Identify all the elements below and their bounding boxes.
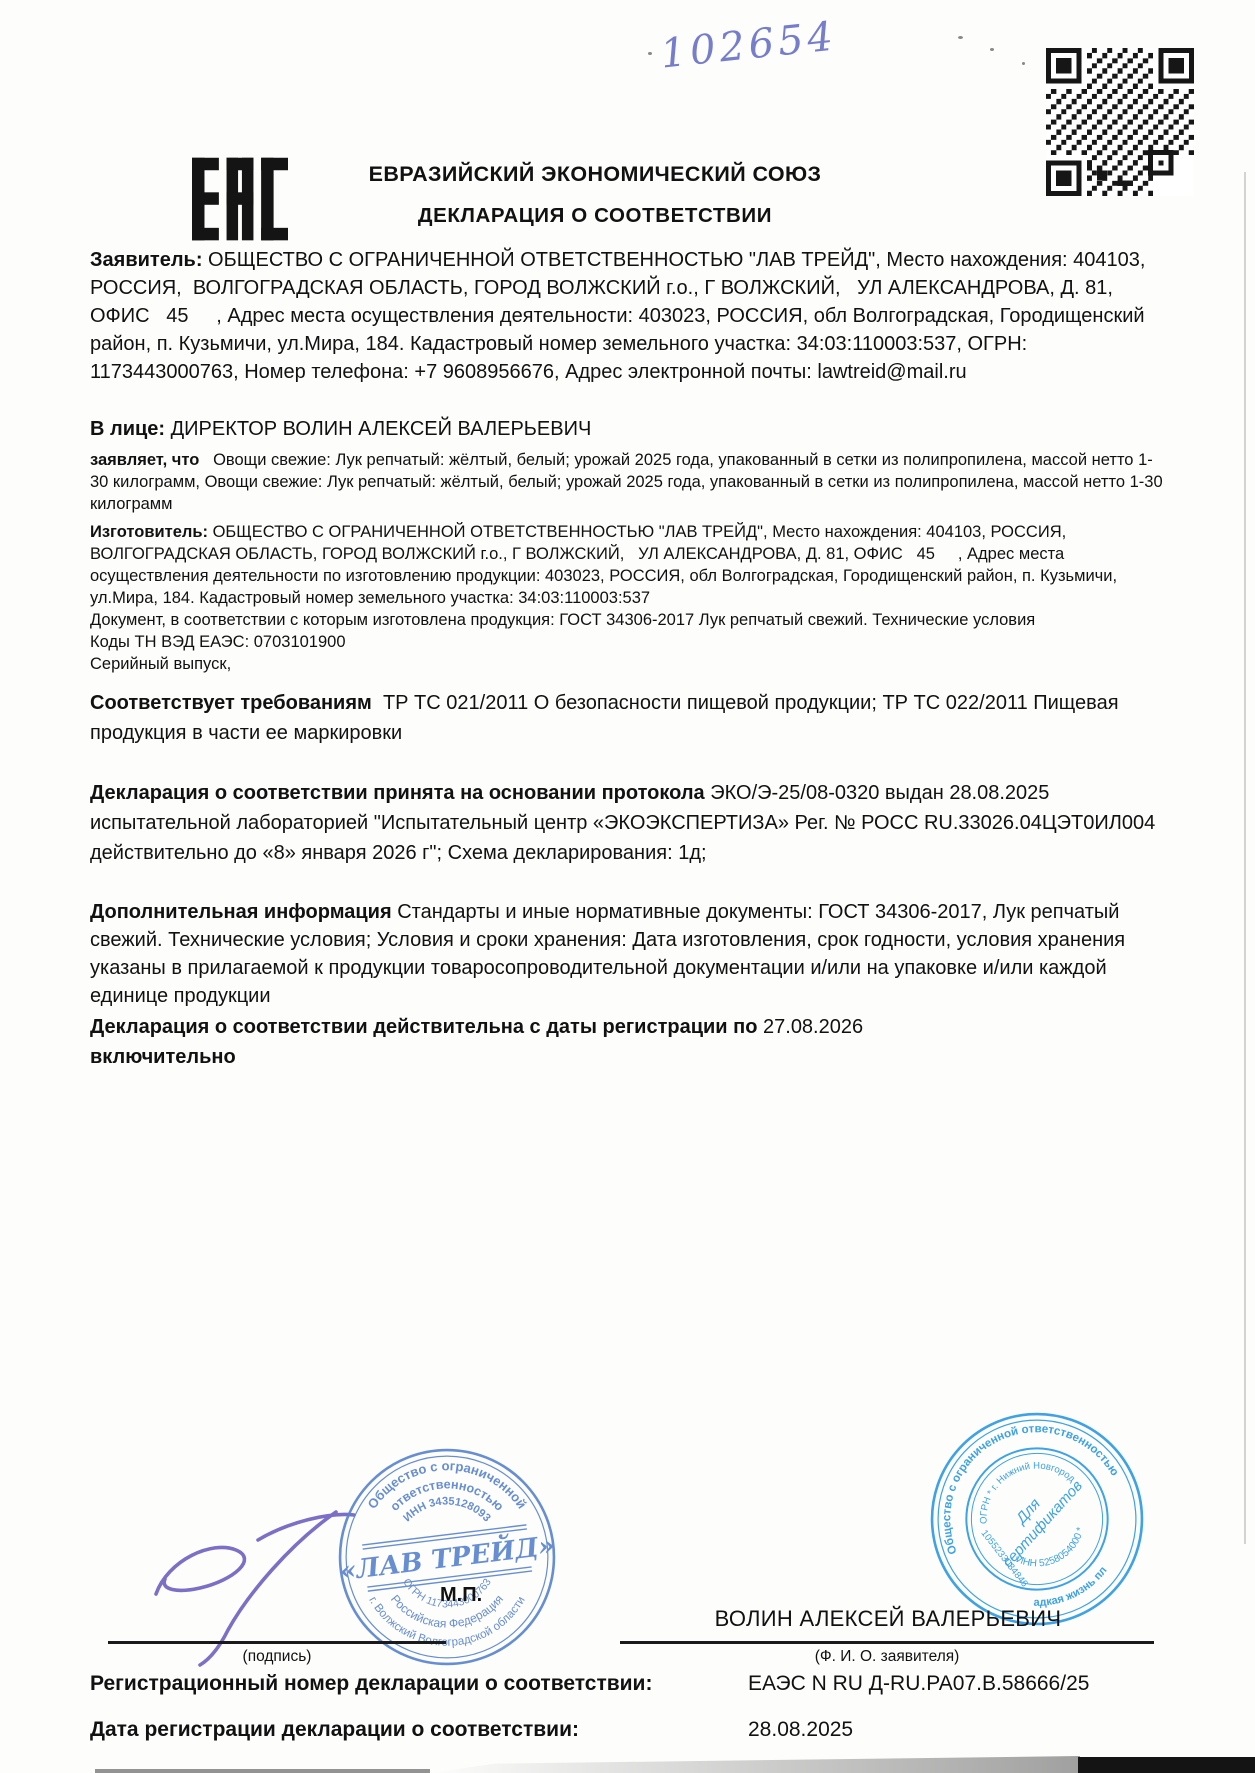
conformity-label: Соответствует требованиям (90, 692, 372, 714)
document-title: ДЕКЛАРАЦИЯ О СООТВЕТСТВИИ (90, 204, 1100, 228)
serial-line: Серийный выпуск, (90, 653, 1168, 675)
signature-line (108, 1641, 446, 1644)
stamp-left-company-name: «ЛАВ ТРЕЙД» (338, 1528, 556, 1587)
person-label: В лице: (90, 418, 165, 440)
name-line (620, 1641, 1154, 1644)
ink-speck (648, 52, 652, 55)
stamp-sladkaya-zhizn-image: Общество с ограниченной ответственностью… (926, 1408, 1148, 1630)
stamp-right-center-line2: сертификатов (999, 1477, 1086, 1571)
signer-name: ВОЛИН АЛЕКСЕЙ ВАЛЕРЬЕВИЧ (622, 1606, 1154, 1632)
validity-date: 27.08.2026 (757, 1016, 863, 1038)
ink-speck (958, 36, 963, 39)
applicant-label: Заявитель: (90, 249, 203, 271)
scan-bottom-shadow (430, 1756, 1080, 1773)
manufacturer-label: Изготовитель: (90, 523, 208, 541)
product-document-line: Документ, в соответствии с которым изгот… (90, 609, 1168, 631)
stamp-place-label: М.П. (440, 1584, 482, 1607)
applicant-text: ОБЩЕСТВО С ОГРАНИЧЕННОЙ ОТВЕТСТВЕННОСТЬЮ… (90, 249, 1151, 383)
additional-info-label: Дополнительная информация (90, 901, 392, 923)
ink-speck (1022, 62, 1025, 65)
additional-info-paragraph: Дополнительная информация Стандарты и ин… (90, 898, 1168, 1010)
ink-speck (990, 48, 994, 51)
basis-paragraph: Декларация о соответствии принята на осн… (90, 778, 1168, 868)
basis-label: Декларация о соответствии принята на осн… (90, 782, 705, 804)
scan-edge-line (1244, 172, 1246, 1544)
scan-bottom-strip (95, 1769, 430, 1773)
stamp-lav-trade: Общество с ограниченной ответственностью… (334, 1444, 560, 1670)
name-caption: (Ф. И. О. заявителя) (620, 1648, 1154, 1666)
stamp-sladkaya-zhizn: Общество с ограниченной ответственностью… (926, 1408, 1148, 1630)
conformity-paragraph: Соответствует требованиям ТР ТС 021/2011… (90, 688, 1168, 748)
stamp-left-inn: ИНН 3435128093 (401, 1495, 492, 1524)
registration-number-value: ЕАЭС N RU Д-RU.РА07.В.58666/25 (748, 1672, 1089, 1696)
svg-text:ИНН 3435128093: ИНН 3435128093 (401, 1495, 492, 1524)
person-text: ДИРЕКТОР ВОЛИН АЛЕКСЕЙ ВАЛЕРЬЕВИЧ (165, 418, 591, 440)
signature-caption: (подпись) (108, 1648, 446, 1666)
declares-paragraph: заявляет, что Овощи свежие: Лук репчатый… (90, 449, 1168, 515)
validity-label: Декларация о соответствии действительна … (90, 1016, 757, 1038)
validity-suffix: включительно (90, 1042, 1168, 1072)
declaration-document: 102654 (0, 0, 1255, 1773)
validity-paragraph: Декларация о соответствии действительна … (90, 1012, 1168, 1072)
manufacturer-block: Изготовитель: ОБЩЕСТВО С ОГРАНИЧЕННОЙ ОТ… (90, 521, 1168, 675)
stamp-lav-trade-image: Общество с ограниченной ответственностью… (334, 1444, 560, 1670)
registration-number-label: Регистрационный номер декларации о соотв… (90, 1672, 652, 1696)
declares-label: заявляет, что (90, 451, 199, 469)
union-title: ЕВРАЗИЙСКИЙ ЭКОНОМИЧЕСКИЙ СОЮЗ (90, 162, 1100, 187)
tnved-line: Коды ТН ВЭД ЕАЭС: 0703101900 (90, 631, 1168, 653)
registration-date-label: Дата регистрации декларации о соответств… (90, 1718, 579, 1742)
scan-bottom-band (1078, 1757, 1255, 1773)
registration-date-value: 28.08.2025 (748, 1718, 853, 1742)
handwritten-number: 102654 (658, 0, 961, 77)
person-paragraph: В лице: ДИРЕКТОР ВОЛИН АЛЕКСЕЙ ВАЛЕРЬЕВИ… (90, 415, 1168, 443)
manufacturer-paragraph: Изготовитель: ОБЩЕСТВО С ОГРАНИЧЕННОЙ ОТ… (90, 521, 1168, 609)
declares-text: Овощи свежие: Лук репчатый: жёлтый, белы… (90, 451, 1167, 513)
manufacturer-text: ОБЩЕСТВО С ОГРАНИЧЕННОЙ ОТВЕТСТВЕННОСТЬЮ… (90, 523, 1122, 607)
applicant-paragraph: Заявитель: ОБЩЕСТВО С ОГРАНИЧЕННОЙ ОТВЕТ… (90, 246, 1168, 386)
